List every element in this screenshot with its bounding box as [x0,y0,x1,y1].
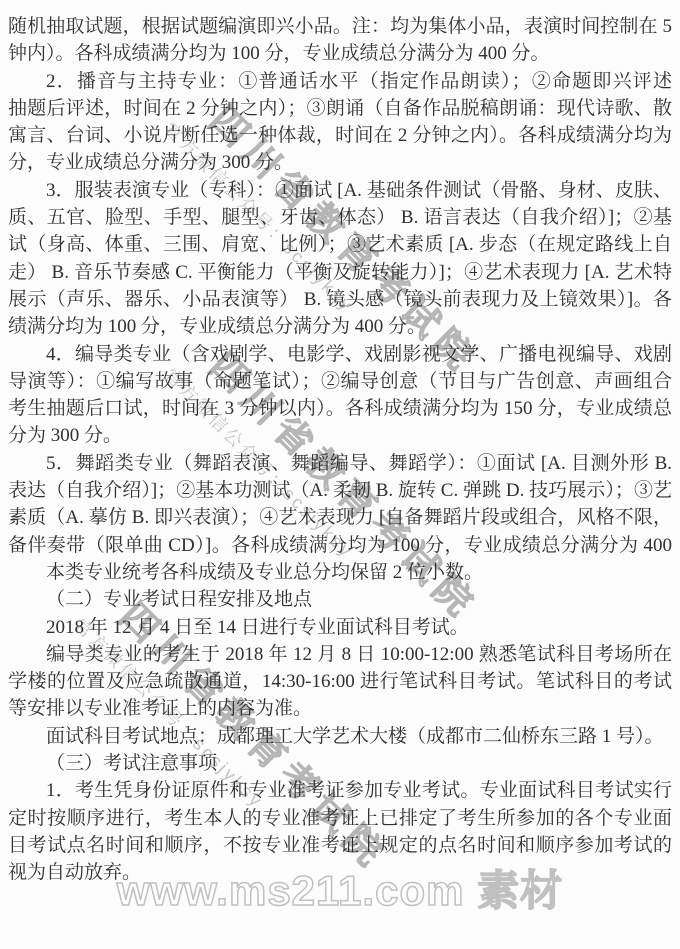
text-line: 2018 年 12 月 4 日至 14 日进行专业面试科目考试。 [8,614,672,641]
text-line: 寓言、台词、小说片断任选一种体裁，时间在 2 分钟之内）。各科成绩满分均为 10… [8,122,672,149]
text-line: 1．考生凭身份证原件和专业准考证参加专业考试。专业面试科目考试实行分组 [8,777,672,804]
text-line: 4．编导类专业（含戏剧学、电影学、戏剧影视文学、广播电视编导、戏剧影视 [8,341,672,368]
text-line: 走） B. 音乐节奏感 C. 平衡能力（平衡及旋转能力）]；④艺术表现力 [A.… [8,259,672,286]
text-line: （三）考试注意事项 [8,750,672,777]
text-line: 考生抽题后口试，时间在 3 分钟以内）。各科成绩满分均为 150 分，专业成绩总… [8,395,672,422]
text-line: 3．服装表演专业（专科）：①面试 [A. 基础条件测试（骨骼、身材、皮肤、发 [8,177,672,204]
text-line: 质、五官、脸型、手型、腿型、牙齿、体态） B. 语言表达（自我介绍）]；②基本测 [8,204,672,231]
text-line: 等安排以专业准考证上的内容为准。 [8,695,672,722]
text-line: 分，专业成绩总分满分为 300 分。 [8,149,672,176]
text-line: 导演等）：①编写故事（命题笔试）；②编导创意（节目与广告创意、声画组合等， [8,368,672,395]
document-page: 四川省教育考试院 官方微信公众号：scsjyksy 四川省教育考试院 官方微信公… [0,0,680,949]
text-line: 学楼的位置及应急疏散通道，14:30-16:00 进行笔试科目考试。笔试科目的考… [8,668,672,695]
text-line: 视为自动放弃。 [8,859,672,886]
text-line: 备伴奏带（限单曲 CD）]。各科成绩满分均为 100 分，专业成绩总分满分为 4… [8,532,672,559]
text-line: （二）专业考试日程安排及地点 [8,586,672,613]
text-line: 素质（A. 摹仿 B. 即兴表演）；④艺术表现力 [自备舞蹈片段或组合，风格不限… [8,504,672,531]
text-line: 钟内）。各科成绩满分均为 100 分，专业成绩总分满分为 400 分。 [8,40,672,67]
text-line: 绩满分均为 100 分，专业成绩总分满分为 400 分。 [8,313,672,340]
text-line: 随机抽取试题，根据试题编演即兴小品。注：均为集体小品，表演时间控制在 5 分 [8,13,672,40]
text-line: 2．播音与主持专业：①普通话水平（指定作品朗读）；②命题即兴评述（考生 [8,68,672,95]
text-line: 分为 300 分。 [8,422,672,449]
text-line: 编导类专业的考生于 2018 年 12 月 8 日 10:00-12:00 熟悉… [8,641,672,668]
text-line: 表达（自我介绍）]；②基本功测试（A. 柔韧 B. 旋转 C. 弹跳 D. 技巧… [8,477,672,504]
text-line: 抽题后评述，时间在 2 分钟之内）；③朗诵（自备作品脱稿朗诵：现代诗歌、散文、 [8,95,672,122]
text-line: 试（身高、体重、三围、肩宽、比例）；③艺术素质 [A. 步态（在规定路线上自然行 [8,231,672,258]
text-line: 展示（声乐、器乐、小品表演等） B. 镜头感（镜头前表现力及上镜效果）]。各科成 [8,286,672,313]
text-line: 面试科目考试地点：成都理工大学艺术大楼（成都市二仙桥东三路 1 号）。 [8,723,672,750]
document-text: 随机抽取试题，根据试题编演即兴小品。注：均为集体小品，表演时间控制在 5 分钟内… [8,13,672,887]
text-line: 5．舞蹈类专业（舞蹈表演、舞蹈编导、舞蹈学）：①面试 [A. 目测外形 B. 语… [8,450,672,477]
text-line: 目考试点名时间和顺序，不按专业准考证上规定的点名时间和顺序参加考试的考生， [8,832,672,859]
text-line: 定时按顺序进行，考生本人的专业准考证上已排定了考生所参加的各个专业面试科 [8,805,672,832]
text-line: 本类专业统考各科成绩及专业总分均保留 2 位小数。 [8,559,672,586]
